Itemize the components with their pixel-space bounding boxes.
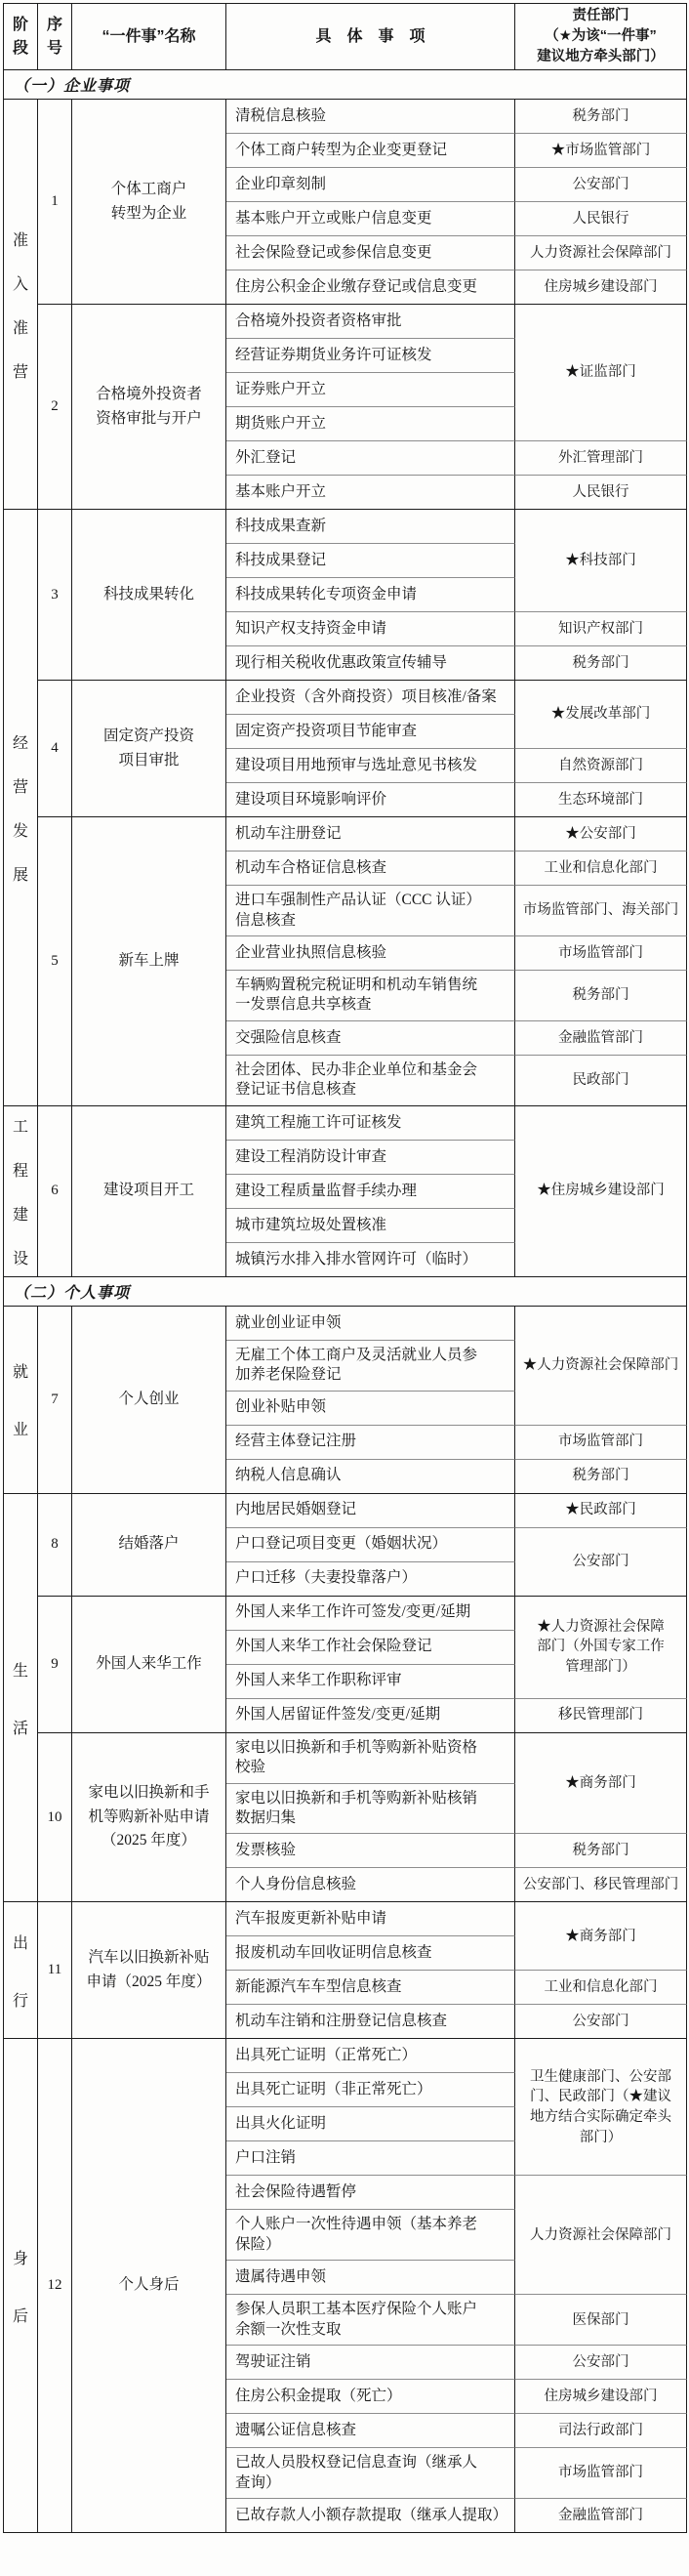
specific-item: 住房公积金企业缴存登记或信息变更 [226,270,515,305]
responsible-department: 市场监管部门、海关部门 [515,886,687,936]
service-name: 个人身后 [72,2039,226,2533]
service-number: 2 [38,305,72,510]
stage-label: 身后 [4,2246,37,2326]
service-name: 固定资产投资 项目审批 [72,681,226,817]
item-row: 就业7个人创业就业创业证申领★人力资源社会保障部门 [4,1307,687,1341]
service-number: 7 [38,1307,72,1494]
service-number: 6 [38,1106,72,1277]
stage-cell: 就业 [4,1307,38,1494]
specific-item: 城镇污水排入排水管网许可（临时） [226,1243,515,1277]
category-header-row: （二）个人事项 [4,1277,687,1307]
item-row: 准入准营1个体工商户 转型为企业清税信息核验税务部门 [4,100,687,134]
specific-item: 内地居民婚姻登记 [226,1494,515,1528]
specific-item: 发票核验 [226,1834,515,1868]
specific-item: 出具火化证明 [226,2107,515,2141]
specific-item: 建设项目用地预审与选址意见书核发 [226,749,515,783]
specific-item: 车辆购置税完税证明和机动车销售统 一发票信息共享核查 [226,971,515,1021]
responsible-department: 生态环境部门 [515,783,687,817]
specific-item: 已故人员股权登记信息查询（继承人 查询） [226,2448,515,2499]
responsible-department: 住房城乡建设部门 [515,270,687,305]
specific-item: 期货账户开立 [226,407,515,441]
service-name: 建设项目开工 [72,1106,226,1277]
one-thing-services-table: 阶 段 序 号 “一件事”名称 具 体 事 项 责任部门 （★为该“一件事” 建… [3,3,687,2533]
specific-item: 外国人来华工作职称评审 [226,1665,515,1699]
item-row: 5新车上牌机动车注册登记★公安部门 [4,817,687,852]
specific-item: 知识产权支持资金申请 [226,612,515,646]
stage-label: 经营发展 [4,730,37,885]
responsible-department: 自然资源部门 [515,749,687,783]
service-number: 4 [38,681,72,817]
stage-cell: 生活 [4,1494,38,1903]
service-name: 个人创业 [72,1307,226,1494]
service-name: 新车上牌 [72,817,226,1106]
stage-cell: 工程建设 [4,1106,38,1277]
specific-item: 机动车合格证信息核查 [226,852,515,886]
responsible-department: ★人力资源社会保障部门 [515,1307,687,1426]
specific-item: 证券账户开立 [226,373,515,407]
responsible-department: 公安部门 [515,2346,687,2380]
stage-cell: 准入准营 [4,100,38,510]
service-number: 8 [38,1494,72,1597]
responsible-department: 市场监管部门 [515,936,687,971]
service-name: 个体工商户 转型为企业 [72,100,226,305]
responsible-department: 公安部门 [515,2005,687,2039]
specific-item: 户口注销 [226,2141,515,2176]
service-number: 9 [38,1597,72,1733]
specific-item: 社会保险登记或参保信息变更 [226,236,515,270]
item-row: 4固定资产投资 项目审批企业投资（含外商投资）项目核准/备案★发展改革部门 [4,681,687,715]
specific-item: 机动车注册登记 [226,817,515,852]
responsible-department: ★住房城乡建设部门 [515,1106,687,1277]
responsible-department: ★市场监管部门 [515,134,687,168]
specific-item: 合格境外投资者资格审批 [226,305,515,339]
service-number: 1 [38,100,72,305]
responsible-department: 移民管理部门 [515,1699,687,1733]
service-name: 外国人来华工作 [72,1597,226,1733]
specific-item: 外国人居留证件签发/变更/延期 [226,1699,515,1733]
specific-item: 遗嘱公证信息核查 [226,2414,515,2448]
responsible-department: 住房城乡建设部门 [515,2380,687,2414]
specific-item: 交强险信息核查 [226,1021,515,1056]
responsible-department: 民政部门 [515,1056,687,1106]
responsible-department: 公安部门、移民管理部门 [515,1868,687,1902]
responsible-department: ★人力资源社会保障 部门（外国专家工作 管理部门） [515,1597,687,1699]
column-header-stage: 阶 段 [4,4,38,70]
service-number: 5 [38,817,72,1106]
specific-item: 固定资产投资项目节能审查 [226,715,515,749]
specific-item: 外汇登记 [226,441,515,476]
item-row: 出行11汽车以旧换新补贴 申请（2025 年度）汽车报废更新补贴申请★商务部门 [4,1902,687,1936]
specific-item: 新能源汽车车型信息核查 [226,1971,515,2005]
specific-item: 外国人来华工作社会保险登记 [226,1631,515,1665]
responsible-department: 金融监管部门 [515,1021,687,1056]
specific-item: 经营主体登记注册 [226,1426,515,1460]
responsible-department: 税务部门 [515,100,687,134]
responsible-department: 人民银行 [515,476,687,510]
specific-item: 社会团体、民办非企业单位和基金会 登记证书信息核查 [226,1056,515,1106]
service-number: 12 [38,2039,72,2533]
responsible-department: 税务部门 [515,1460,687,1494]
stage-label: 就业 [4,1359,37,1439]
stage-label: 生活 [4,1658,37,1738]
stage-cell: 经营发展 [4,510,38,1106]
specific-item: 家电以旧换新和手机等购新补贴资格 校验 [226,1733,515,1784]
specific-item: 无雇工个体工商户及灵活就业人员参 加养老保险登记 [226,1341,515,1392]
specific-item: 个人账户一次性待遇申领（基本养老 保险） [226,2210,515,2261]
specific-item: 户口迁移（夫妻投靠落户） [226,1562,515,1597]
specific-item: 经营证券期货业务许可证核发 [226,339,515,373]
responsible-department: 工业和信息化部门 [515,1971,687,2005]
responsible-department: ★证监部门 [515,305,687,441]
item-row: 身后12个人身后出具死亡证明（正常死亡）卫生健康部门、公安部 门、民政部门（★建… [4,2039,687,2073]
specific-item: 就业创业证申领 [226,1307,515,1341]
specific-item: 汽车报废更新补贴申请 [226,1902,515,1936]
service-number: 3 [38,510,72,681]
responsible-department: ★科技部门 [515,510,687,612]
specific-item: 遗属待遇申领 [226,2261,515,2295]
column-header-items: 具 体 事 项 [226,4,515,70]
specific-item: 建设工程消防设计审查 [226,1141,515,1175]
specific-item: 创业补贴申领 [226,1392,515,1426]
specific-item: 科技成果转化专项资金申请 [226,578,515,612]
responsible-department: 税务部门 [515,646,687,681]
item-row: 经营发展3科技成果转化科技成果查新★科技部门 [4,510,687,544]
specific-item: 企业营业执照信息核验 [226,936,515,971]
specific-item: 基本账户开立 [226,476,515,510]
specific-item: 外国人来华工作许可签发/变更/延期 [226,1597,515,1631]
service-name: 汽车以旧换新补贴 申请（2025 年度） [72,1902,226,2039]
specific-item: 户口登记项目变更（婚姻状况） [226,1528,515,1562]
responsible-department: ★民政部门 [515,1494,687,1528]
stage-cell: 身后 [4,2039,38,2533]
specific-item: 社会保险待遇暂停 [226,2176,515,2210]
responsible-department: 司法行政部门 [515,2414,687,2448]
column-header-name: “一件事”名称 [72,4,226,70]
responsible-department: 知识产权部门 [515,612,687,646]
specific-item: 住房公积金提取（死亡） [226,2380,515,2414]
stage-label: 准入准营 [4,228,37,382]
specific-item: 企业印章刻制 [226,168,515,202]
stage-cell: 出行 [4,1902,38,2039]
responsible-department: 工业和信息化部门 [515,852,687,886]
specific-item: 建筑工程施工许可证核发 [226,1106,515,1141]
specific-item: 出具死亡证明（正常死亡） [226,2039,515,2073]
responsible-department: 公安部门 [515,168,687,202]
service-name: 结婚落户 [72,1494,226,1597]
specific-item: 科技成果登记 [226,544,515,578]
document-page: 阶 段 序 号 “一件事”名称 具 体 事 项 责任部门 （★为该“一件事” 建… [0,0,689,2576]
responsible-department: 金融监管部门 [515,2499,687,2533]
specific-item: 建设项目环境影响评价 [226,783,515,817]
responsible-department: 税务部门 [515,971,687,1021]
item-row: 生活8结婚落户内地居民婚姻登记★民政部门 [4,1494,687,1528]
specific-item: 基本账户开立或账户信息变更 [226,202,515,236]
responsible-department: 人力资源社会保障部门 [515,236,687,270]
item-row: 2合格境外投资者 资格审批与开户合格境外投资者资格审批★证监部门 [4,305,687,339]
service-name: 合格境外投资者 资格审批与开户 [72,305,226,510]
stage-label: 出行 [4,1931,37,2011]
service-number: 11 [38,1902,72,2039]
responsible-department: 税务部门 [515,1834,687,1868]
category-header: （二）个人事项 [4,1277,687,1307]
specific-item: 进口车强制性产品认证（CCC 认证） 信息核查 [226,886,515,936]
responsible-department: 市场监管部门 [515,2448,687,2499]
specific-item: 纳税人信息确认 [226,1460,515,1494]
specific-item: 个人身份信息核验 [226,1868,515,1902]
specific-item: 已故存款人小额存款提取（继承人提取） [226,2499,515,2533]
specific-item: 驾驶证注销 [226,2346,515,2380]
specific-item: 出具死亡证明（非正常死亡） [226,2073,515,2107]
responsible-department: 市场监管部门 [515,1426,687,1460]
specific-item: 清税信息核验 [226,100,515,134]
specific-item: 城市建筑垃圾处置核准 [226,1209,515,1243]
responsible-department: 人力资源社会保障部门 [515,2176,687,2295]
specific-item: 科技成果查新 [226,510,515,544]
item-row: 工程建设6建设项目开工建筑工程施工许可证核发★住房城乡建设部门 [4,1106,687,1141]
specific-item: 参保人员职工基本医疗保险个人账户 余额一次性支取 [226,2295,515,2346]
responsible-department: 人民银行 [515,202,687,236]
specific-item: 机动车注销和注册登记信息核查 [226,2005,515,2039]
service-number: 10 [38,1733,72,1903]
service-name: 家电以旧换新和手 机等购新补贴申请 （2025 年度） [72,1733,226,1903]
responsible-department: ★商务部门 [515,1902,687,1971]
specific-item: 报废机动车回收证明信息核查 [226,1936,515,1971]
responsible-department: 医保部门 [515,2295,687,2346]
item-row: 10家电以旧换新和手 机等购新补贴申请 （2025 年度）家电以旧换新和手机等购… [4,1733,687,1784]
responsible-department: 卫生健康部门、公安部 门、民政部门（★建议 地方结合实际确定牵头 部门） [515,2039,687,2176]
category-header: （一）企业事项 [4,70,687,100]
stage-label: 工程建设 [4,1114,37,1268]
specific-item: 企业投资（含外商投资）项目核准/备案 [226,681,515,715]
responsible-department: 外汇管理部门 [515,441,687,476]
responsible-department: ★发展改革部门 [515,681,687,749]
column-header-no: 序 号 [38,4,72,70]
specific-item: 建设工程质量监督手续办理 [226,1175,515,1209]
header-row: 阶 段 序 号 “一件事”名称 具 体 事 项 责任部门 （★为该“一件事” 建… [4,4,687,70]
specific-item: 个体工商户转型为企业变更登记 [226,134,515,168]
service-name: 科技成果转化 [72,510,226,681]
responsible-department: 公安部门 [515,1528,687,1597]
column-header-dept: 责任部门 （★为该“一件事” 建议地方牵头部门） [515,4,687,70]
responsible-department: ★商务部门 [515,1733,687,1835]
responsible-department: ★公安部门 [515,817,687,852]
category-header-row: （一）企业事项 [4,70,687,100]
specific-item: 家电以旧换新和手机等购新补贴核销 数据归集 [226,1784,515,1835]
item-row: 9外国人来华工作外国人来华工作许可签发/变更/延期★人力资源社会保障 部门（外国… [4,1597,687,1631]
specific-item: 现行相关税收优惠政策宣传辅导 [226,646,515,681]
